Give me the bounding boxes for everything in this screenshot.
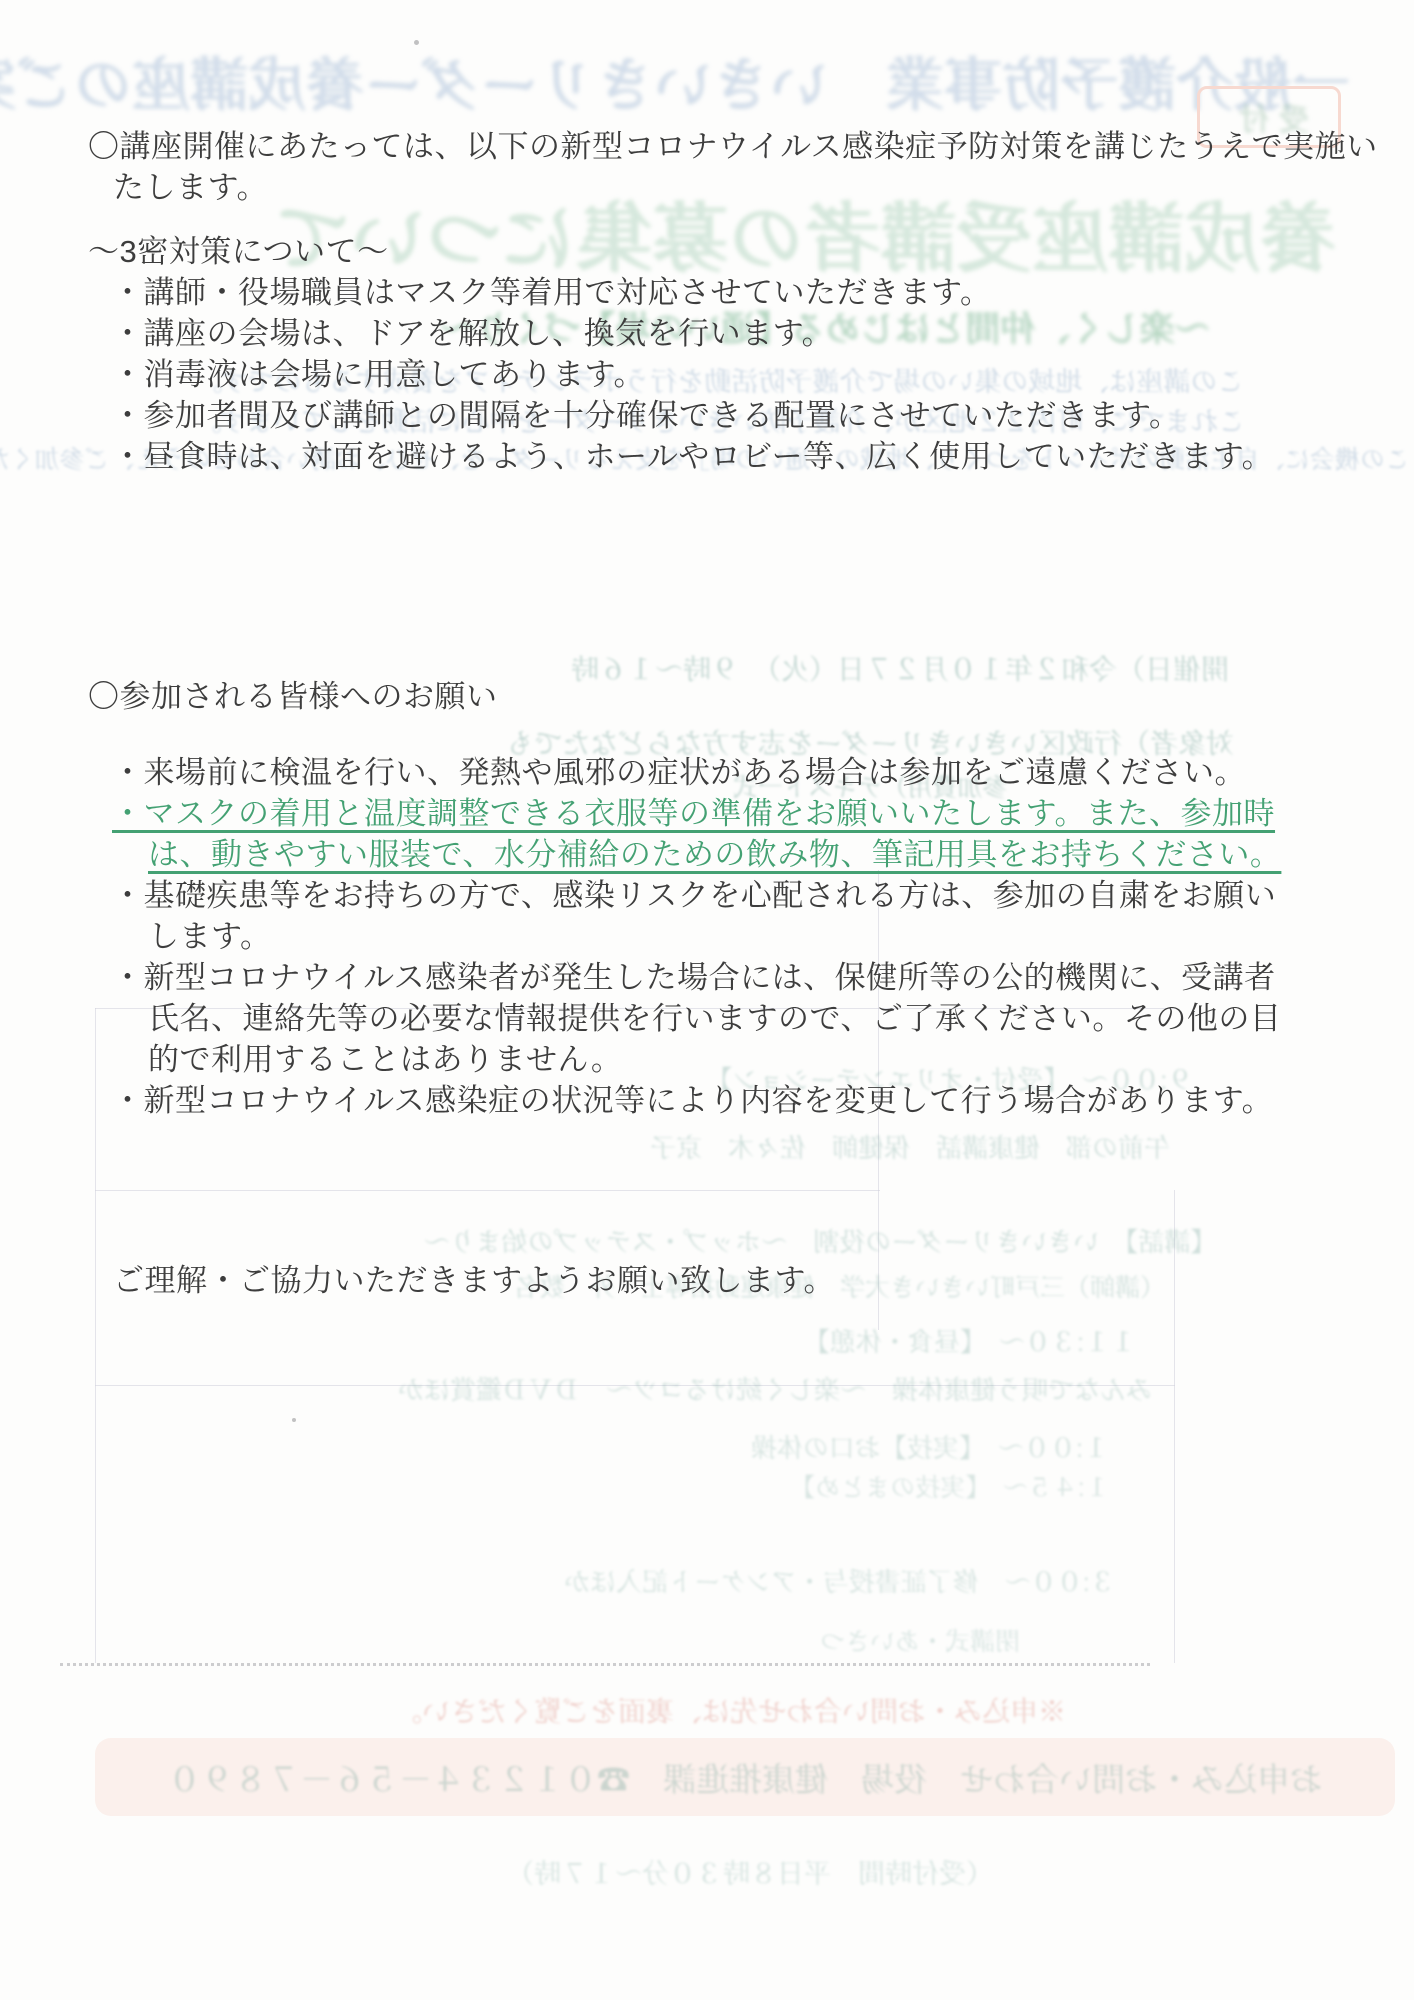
ghost-table-line bbox=[95, 1385, 1175, 1386]
bullet-item: 消毒液は会場に用意してあります。 bbox=[112, 354, 1307, 395]
bleedthrough-line: １１:３０～ 【昼食・休憩】 bbox=[690, 1322, 1250, 1359]
bullet-item: 講師・役場職員はマスク等着用で対応させていただきます。 bbox=[112, 272, 1307, 313]
bleedthrough-line: 一般介護予防事業 いきいきリーダー養成講座のご案内 bbox=[110, 38, 1350, 122]
ghost-dashed-line bbox=[60, 1663, 1150, 1666]
scanned-document-page: 一般介護予防事業 いきいきリーダー養成講座のご案内 養成講座受講者の募集について… bbox=[0, 0, 1414, 2000]
bullet-item: 来場前に検温を行い、発熱や風邪の症状がある場合は参加をご遠慮ください。 bbox=[112, 752, 1307, 793]
intro-paragraph: 〇講座開催にあたっては、以下の新型コロナウイルス感染症予防対策を講じたうえで実施… bbox=[88, 126, 1381, 208]
bleedthrough-line: お申込み・お問い合わせ 役場 健康推進課 ☎０１２３４－５６－７８９０ bbox=[168, 1754, 1323, 1801]
bullet-item: 新型コロナウイルス感染症の状況等により内容を変更して行う場合があります。 bbox=[112, 1080, 1307, 1121]
closing-sentence: ご理解・ご協力いただきますようお願い致します。 bbox=[113, 1260, 835, 1301]
ghost-table-line bbox=[1174, 1190, 1175, 1663]
bleedthrough-line: 開催日）令和２年１０月２７日（火） ９時～１６時 bbox=[520, 648, 1280, 688]
mitsu-bullet-list: 講師・役場職員はマスク等着用で対応させていただきます。 講座の会場は、ドアを解放… bbox=[112, 272, 1307, 477]
bleedthrough-line: 閉講式・あいさつ bbox=[700, 1622, 1140, 1658]
ghost-table-line bbox=[95, 1008, 96, 1663]
bullet-item: 新型コロナウイルス感染者が発生した場合には、保健所等の公的機関に、受講者氏名、連… bbox=[112, 957, 1307, 1080]
request-bullet-list: 来場前に検温を行い、発熱や風邪の症状がある場合は参加をご遠慮ください。 マスクの… bbox=[112, 752, 1307, 1121]
ghost-highlight-band: お申込み・お問い合わせ 役場 健康推進課 ☎０１２３４－５６－７８９０ bbox=[95, 1738, 1395, 1816]
bleedthrough-line: ３:００～ 修了証書授与・アンケート記入ほか bbox=[440, 1562, 1240, 1599]
bullet-item: 参加者間及び講師との間隔を十分確保できる配置にさせていただきます。 bbox=[112, 395, 1307, 436]
bleedthrough-line: １:４５～ 【実技のまとめ】 bbox=[660, 1468, 1240, 1504]
bullet-item-highlighted-green: マスクの着用と温度調整できる衣服等の準備をお願いいたします。また、参加時は、動き… bbox=[112, 793, 1307, 875]
bleedthrough-line: １:００～ 【実技】お口の体操 bbox=[620, 1428, 1240, 1465]
bullet-item: 昼食時は、対面を避けるよう、ホールやロビー等、広く使用していただきます。 bbox=[112, 436, 1307, 477]
bleedthrough-line: ※申込み・お問い合わせ先は、裏面をご覧ください。 bbox=[130, 1690, 1330, 1730]
section-heading-request: 〇参加される皆様へのお願い bbox=[88, 676, 498, 717]
bleedthrough-line: みんなで唄う健康体操 ～楽しく続けるコツ～ ＤＶＤ鑑賞ほか bbox=[300, 1370, 1250, 1407]
bullet-item: 講座の会場は、ドアを解放し、換気を行います。 bbox=[112, 313, 1307, 354]
scan-speck bbox=[292, 1418, 296, 1422]
bleedthrough-line: 午前の部 健康講話 保健師 佐々木 京子 bbox=[560, 1128, 1260, 1165]
section-heading-3mitsu: ～3密対策について～ bbox=[88, 231, 389, 272]
ghost-table-line bbox=[95, 1190, 880, 1191]
bleedthrough-line: （受付時間 平日８時３０分～１７時） bbox=[260, 1852, 1240, 1891]
scan-speck bbox=[414, 40, 419, 45]
bullet-item: 基礎疾患等をお持ちの方で、感染リスクを心配される方は、参加の自粛をお願いします。 bbox=[112, 875, 1307, 957]
bleedthrough-line: 【講話】 いきいきリーダーの役割 ～ホップ・ステップの始まり～ bbox=[360, 1222, 1280, 1259]
